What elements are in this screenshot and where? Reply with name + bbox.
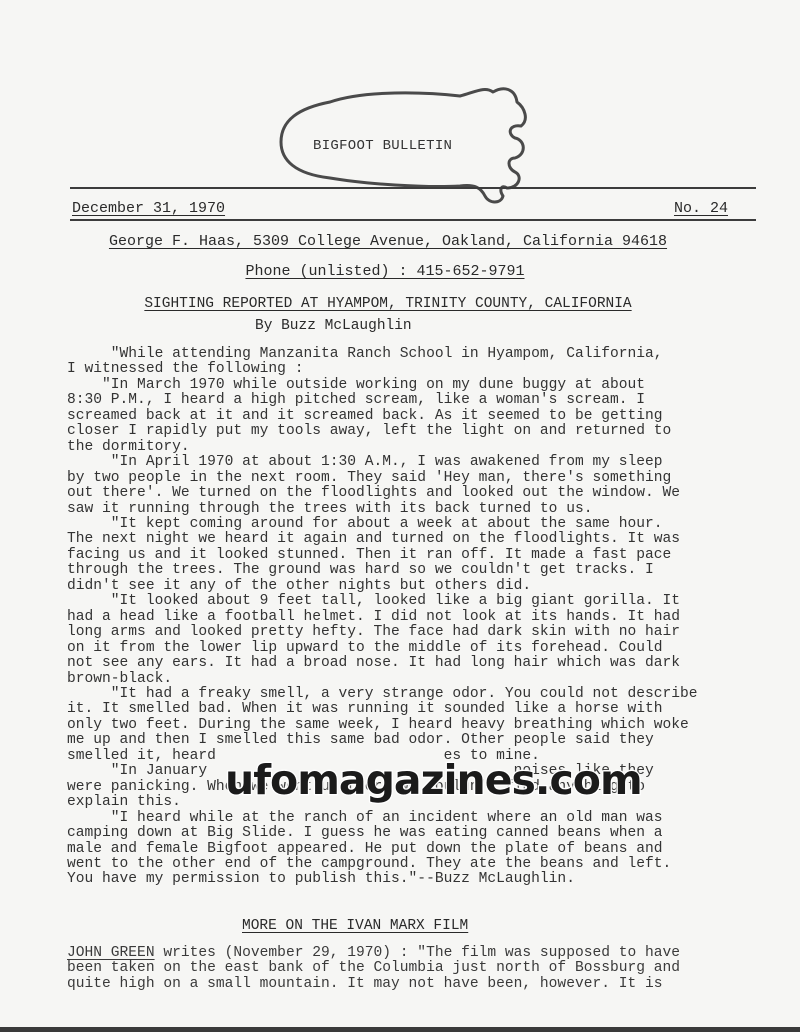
article-line: long arms and looked pretty hefty. The f… — [67, 625, 787, 640]
publisher-phone: Phone (unlisted) : 415-652-9791 — [0, 263, 785, 280]
article-line: on it from the lower lip upward to the m… — [67, 641, 787, 656]
article-line: "It kept coming around for about a week … — [67, 517, 787, 532]
article-line: "It had a freaky smell, a very strange o… — [67, 687, 787, 702]
article-line: went to the other end of the campground.… — [67, 857, 787, 872]
article-line: The next night we heard it again and tur… — [67, 532, 787, 547]
article-line: I witnessed the following : — [67, 362, 787, 377]
article-line: out there'. We turned on the floodlights… — [67, 486, 787, 501]
article-body: "While attending Manzanita Ranch School … — [67, 347, 787, 888]
article-line: brown-black. — [67, 672, 787, 687]
article-line: me up and then I smelled this same bad o… — [67, 733, 787, 748]
article-line: it. It smelled bad. When it was running … — [67, 702, 787, 717]
article-line: screamed back at it and it screamed back… — [67, 409, 787, 424]
article-line: male and female Bigfoot appeared. He put… — [67, 842, 787, 857]
article-line: had a head like a football helmet. I did… — [67, 610, 787, 625]
article-line: through the trees. The ground was hard s… — [67, 563, 787, 578]
watermark: ufomagazines.com — [225, 756, 642, 804]
issue-date: December 31, 1970 — [72, 200, 225, 217]
section-headline: MORE ON THE IVAN MARX FILM — [242, 918, 468, 934]
publisher-phone-text: Phone (unlisted) : 415-652-9791 — [245, 263, 524, 280]
article-line: "It looked about 9 feet tall, looked lik… — [67, 594, 787, 609]
scan-edge — [0, 1027, 800, 1032]
section-body-first-line: writes (November 29, 1970) : "The film w… — [155, 945, 680, 961]
article-line: not see any ears. It had a broad nose. I… — [67, 656, 787, 671]
article-line: "I heard while at the ranch of an incide… — [67, 811, 787, 826]
article-line: the dormitory. — [67, 440, 787, 455]
section-body: JOHN GREEN writes (November 29, 1970) : … — [67, 946, 787, 992]
article-line: 8:30 P.M., I heard a high pitched scream… — [67, 393, 787, 408]
article-line: You have my permission to publish this."… — [67, 872, 787, 887]
article-line: closer I rapidly put my tools away, left… — [67, 424, 787, 439]
article-line: "In April 1970 at about 1:30 A.M., I was… — [67, 455, 787, 470]
author-name: JOHN GREEN — [67, 945, 155, 961]
article-line: "In March 1970 while outside working on … — [67, 378, 787, 393]
article-line: didn't see it any of the other nights bu… — [67, 579, 787, 594]
article-byline: By Buzz McLaughlin — [255, 318, 412, 334]
section-body-rest: been taken on the east bank of the Colum… — [67, 960, 680, 991]
masthead-title: BIGFOOT BULLETIN — [313, 138, 452, 154]
issue-number: No. 24 — [674, 200, 728, 217]
header-rule-top — [70, 187, 756, 189]
article-headline: SIGHTING REPORTED AT HYAMPOM, TRINITY CO… — [0, 296, 788, 312]
publisher-address-text: George F. Haas, 5309 College Avenue, Oak… — [109, 233, 667, 250]
bulletin-page: BIGFOOT BULLETIN December 31, 1970 No. 2… — [0, 0, 800, 1032]
article-line: saw it running through the trees with it… — [67, 502, 787, 517]
article-line: by two people in the next room. They sai… — [67, 471, 787, 486]
article-headline-text: SIGHTING REPORTED AT HYAMPOM, TRINITY CO… — [144, 296, 631, 312]
article-line: only two feet. During the same week, I h… — [67, 718, 787, 733]
article-line: camping down at Big Slide. I guess he wa… — [67, 826, 787, 841]
header-rule-bottom — [70, 219, 756, 221]
article-line: "While attending Manzanita Ranch School … — [67, 347, 787, 362]
publisher-address: George F. Haas, 5309 College Avenue, Oak… — [0, 233, 788, 250]
article-line: facing us and it looked stunned. Then it… — [67, 548, 787, 563]
